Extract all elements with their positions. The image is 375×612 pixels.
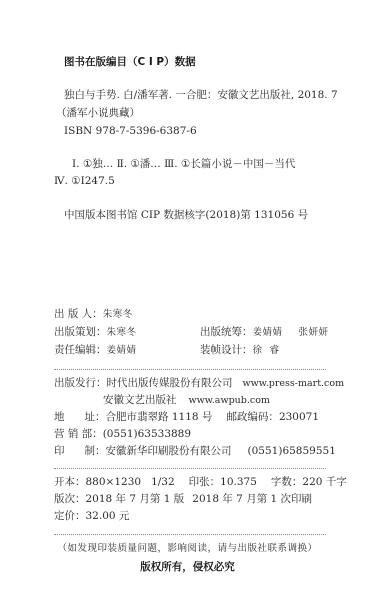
- printing-run-value: 2018 年 7 月第 1 次印刷: [192, 493, 312, 505]
- planning-value: 朱寒冬: [107, 327, 137, 338]
- spec-edition: 版次：2018 年 7 月第 1 版2018 年 7 月第 1 次印刷: [54, 492, 312, 506]
- address-label: 地 址：: [54, 411, 106, 423]
- editor-value: 姜婧婧: [107, 345, 137, 356]
- issuer-label: 出版发行：: [54, 377, 107, 389]
- quality-notice: （如发现印装质量问题，影响阅读，请与出版社联系调换）: [0, 542, 375, 556]
- divider-3: [54, 534, 326, 535]
- dist-printing: 印 制：安徽新华印刷股份有限公司(0551)65859551: [54, 444, 336, 458]
- address-value: 合肥市翡翠路 1118 号: [106, 411, 213, 423]
- sheets-value: 10.375: [220, 476, 257, 488]
- dist-address: 地 址：合肥市翡翠路 1118 号邮政编码：230071: [54, 410, 319, 424]
- cip-isbn: ISBN 978-7-5396-6387-6: [64, 124, 197, 138]
- editor-label: 责任编辑：: [54, 344, 107, 356]
- credit-editor: 责任编辑：姜婧婧: [54, 343, 137, 358]
- postcode-value: 230071: [279, 411, 319, 423]
- design-value: 徐 睿: [253, 345, 280, 356]
- edition-value: 2018 年 7 月第 1 版: [86, 493, 185, 505]
- cip-classification-line2: Ⅳ. ①I247.5: [54, 174, 115, 188]
- issuer-value: 时代出版传媒股份有限公司: [107, 377, 233, 389]
- publisher-value: 朱寒冬: [103, 309, 133, 320]
- marketing-label: 营 销 部：: [54, 428, 103, 440]
- press-url: www.awpub.com: [189, 395, 270, 406]
- spec-price: 定价：32.00 元: [54, 509, 129, 523]
- marketing-value: (0551)63533889: [103, 428, 191, 440]
- price-value: 32.00 元: [86, 510, 130, 522]
- copyright-notice: 版权所有，侵权必究: [0, 560, 375, 574]
- coordination-label: 出版统筹：: [200, 326, 253, 338]
- cip-record-number: 中国版本图书馆 CIP 数据核字(2018)第 131056 号: [64, 208, 308, 222]
- dist-press: 安徽文艺出版社www.awpub.com: [103, 393, 270, 408]
- cip-series-line: （潘军小说典藏）: [56, 106, 140, 120]
- cip-title-line: 独白与手势. 白/潘军著. 一合肥：安徽文艺出版社, 2018. 7: [64, 88, 338, 102]
- publisher-label: 出 版 人：: [54, 308, 103, 320]
- sheets-label: 印张：: [189, 476, 221, 488]
- credit-coordination: 出版统筹：姜婧婧张妍妍: [200, 325, 329, 340]
- coordination-value-2: 张妍妍: [299, 327, 329, 338]
- divider-1: [54, 369, 326, 370]
- postcode-label: 邮政编码：: [226, 411, 279, 423]
- copyright-page: 图书在版编目（C I P）数据 独白与手势. 白/潘军著. 一合肥：安徽文艺出版…: [0, 0, 375, 612]
- cip-heading: 图书在版编目（C I P）数据: [64, 55, 196, 69]
- cip-classification-line1: Ⅰ. ①独… Ⅱ. ①潘… Ⅲ. ①长篇小说－中国－当代: [72, 157, 295, 171]
- printing-phone: (0551)65859551: [248, 445, 336, 457]
- format-value: 880×1230 1/32: [86, 476, 175, 488]
- credit-design: 装帧设计：徐 睿: [200, 343, 280, 358]
- spec-format: 开本：880×1230 1/32印张：10.375字数：220 千字: [54, 475, 347, 489]
- words-label: 字数：: [271, 476, 303, 488]
- credit-publisher: 出 版 人：朱寒冬: [54, 307, 133, 322]
- words-value: 220 千字: [302, 476, 346, 488]
- printing-value: 安徽新华印刷股份有限公司: [106, 445, 232, 457]
- format-label: 开本：: [54, 476, 86, 488]
- design-label: 装帧设计：: [200, 344, 253, 356]
- printing-label: 印 制：: [54, 445, 106, 457]
- edition-label: 版次：: [54, 493, 86, 505]
- divider-2: [54, 468, 326, 469]
- coordination-value: 姜婧婧: [253, 327, 283, 338]
- dist-issuer: 出版发行：时代出版传媒股份有限公司www.press-mart.com: [54, 376, 344, 391]
- press-value: 安徽文艺出版社: [103, 394, 177, 406]
- issuer-url: www.press-mart.com: [243, 378, 345, 389]
- dist-marketing: 营 销 部：(0551)63533889: [54, 427, 191, 441]
- price-label: 定价：: [54, 510, 86, 522]
- credit-planning: 出版策划：朱寒冬: [54, 325, 137, 340]
- planning-label: 出版策划：: [54, 326, 107, 338]
